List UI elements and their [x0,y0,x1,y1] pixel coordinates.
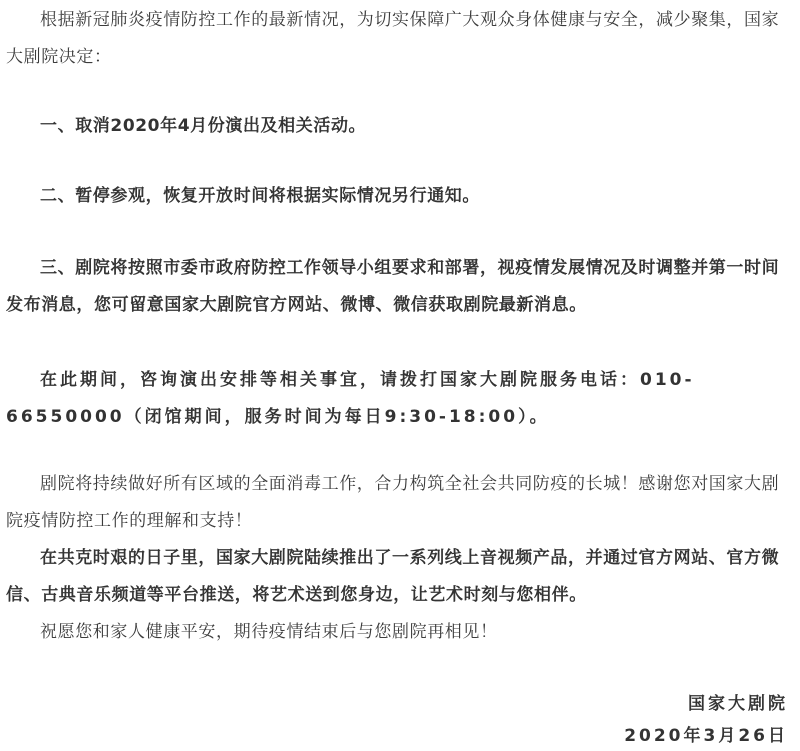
item-suspend-visits: 二、暂停参观，恢复开放时间将根据实际情况另行通知。 [6,178,794,215]
intro-paragraph: 根据新冠肺炎疫情防控工作的最新情况，为切实保障广大观众身体健康与安全，减少聚集，… [6,2,794,76]
date: 2020年3月26日 [0,718,788,751]
item-cancel-performances: 一、取消2020年4月份演出及相关活动。 [6,108,794,145]
contact-paragraph: 在此期间，咨询演出安排等相关事宜，请拨打国家大剧院服务电话：010-665500… [6,362,794,436]
item-updates-notice: 三、剧院将按照市委市政府防控工作领导小组要求和部署，视疫情发展情况及时调整并第一… [6,250,794,324]
closing-wishes: 祝愿您和家人健康平安，期待疫情结束后与您剧院再相见！ [6,614,794,651]
disinfection-paragraph: 剧院将持续做好所有区域的全面消毒工作，合力构筑全社会共同防疫的长城！感谢您对国家… [6,466,794,540]
online-products-paragraph: 在共克时艰的日子里，国家大剧院陆续推出了一系列线上音视频产品，并通过官方网站、官… [6,540,794,614]
